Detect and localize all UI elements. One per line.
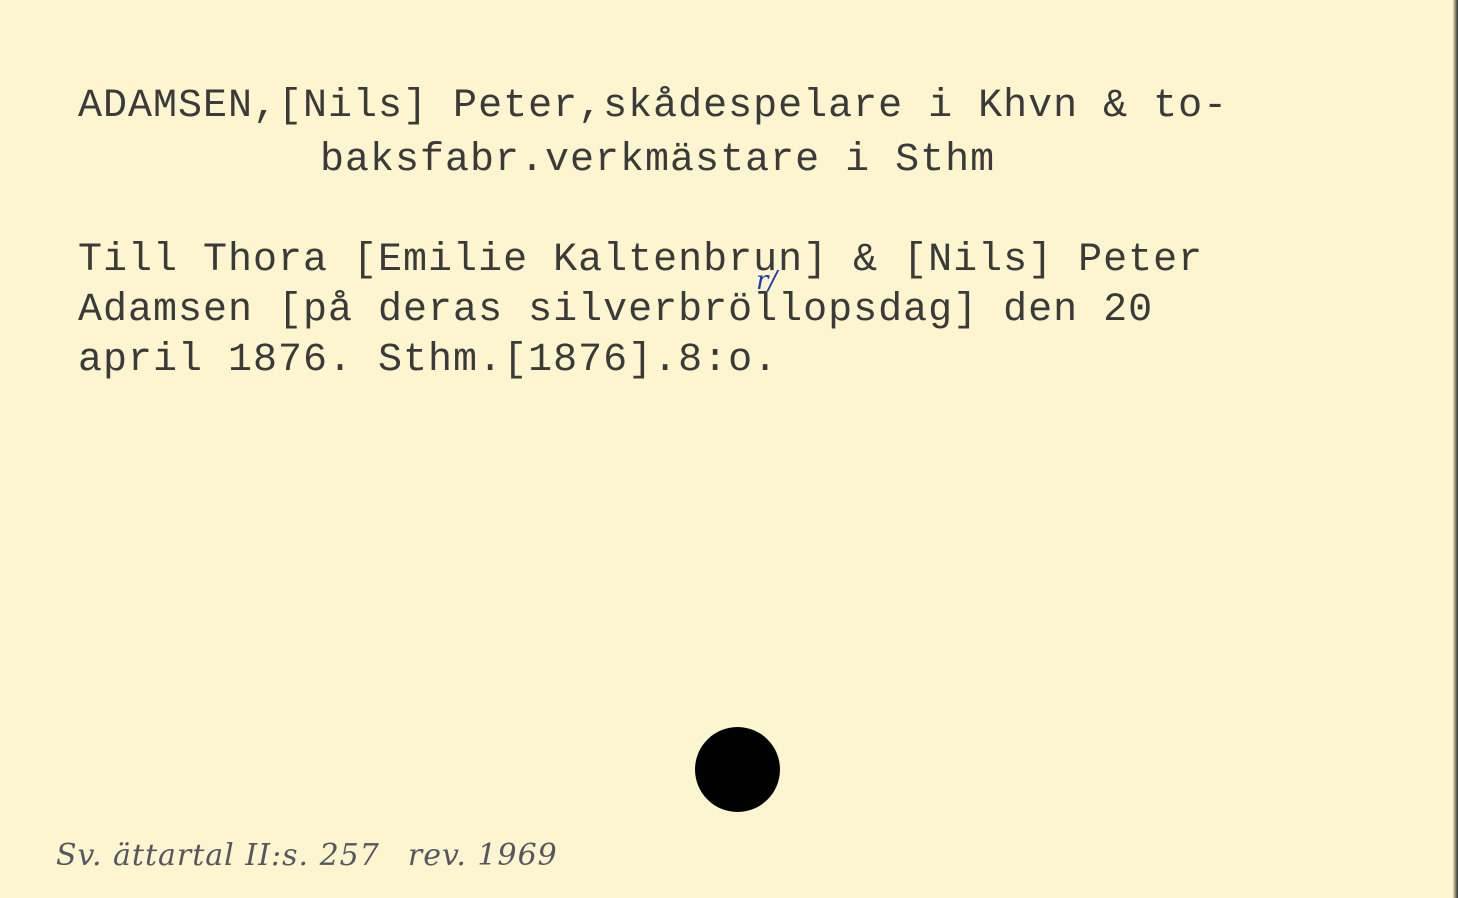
card-edge [1453,0,1458,898]
correction-mark: r/ [756,268,777,294]
catalog-card: ADAMSEN,[Nils] Peter,skådespelare i Khvn… [0,0,1458,898]
handwritten-note: Sv. ättartal II:s. 257rev. 1969 [56,838,558,873]
entry-line-3: april 1876. Sthm.[1876].8:o. [78,334,778,388]
heading-line-1: ADAMSEN,[Nils] Peter,skådespelare i Khvn… [78,80,1228,134]
punch-hole [695,727,780,812]
entry-line-1: Till Thora [Emilie Kaltenbrun] & [Nils] … [78,234,1203,288]
entry-line-2: Adamsen [på deras silverbröllopsdag] den… [78,284,1153,338]
handwritten-reference: Sv. ättartal II:s. 257 [56,838,380,873]
heading-line-2: baksfabr.verkmästare i Sthm [320,134,995,188]
handwritten-revision: rev. 1969 [408,838,558,873]
